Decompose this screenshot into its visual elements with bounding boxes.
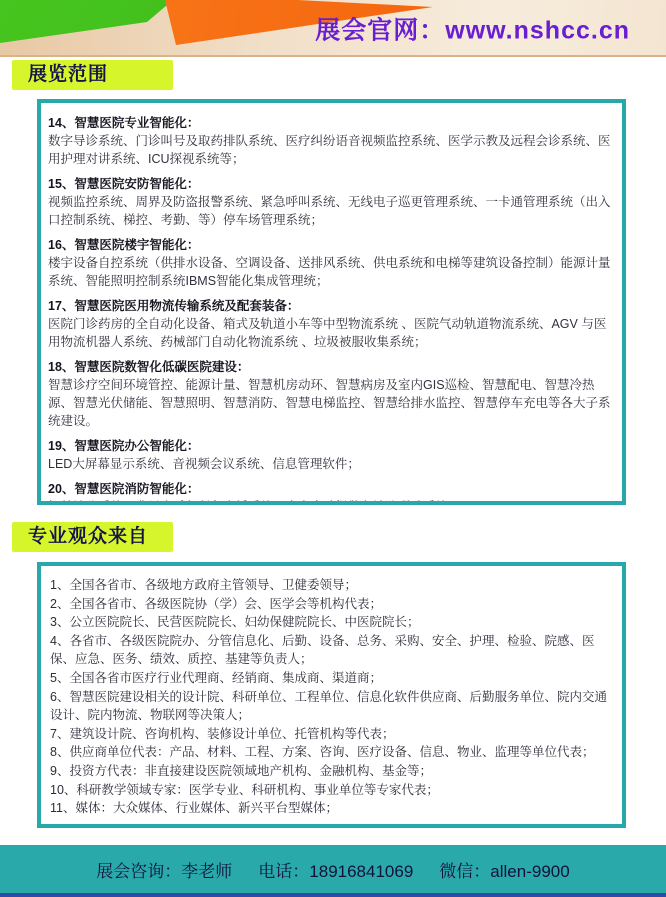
official-website-url: 展会官网：www.nshcc.cn: [315, 10, 630, 46]
footer-phone: 电话：18916841069: [258, 857, 413, 882]
scope-item-heading: 20、智慧医院消防智能化：: [48, 480, 616, 498]
scope-item-heading: 18、智慧医院数智化低碳医院建设：: [48, 358, 616, 376]
scope-item-body: 数字导诊系统、门诊叫号及取药排队系统、医疗纠纷语音视频监控系统、医学示教及远程会…: [48, 132, 616, 168]
audience-item: 3、公立医院院长、民营医院院长、妇幼保健院院长、中医院院长；: [50, 613, 616, 632]
audience-item: 7、建筑设计院、咨询机构、装修设计单位、托管机构等代表；: [50, 725, 616, 744]
scope-item: 15、智慧医院安防智能化： 视频监控系统、周界及防盗报警系统、紧急呼叫系统、无线…: [48, 175, 616, 229]
section-badge-exhibition-scope: 展览范围: [12, 60, 173, 90]
audience-panel: 1、全国各省市、各级地方政府主管领导、卫健委领导； 2、全国各省市、各级医院协（…: [37, 562, 626, 828]
exhibition-scope-panel: 14、智慧医院专业智能化： 数字导诊系统、门诊叫号及取药排队系统、医疗纠纷语音视…: [37, 99, 626, 505]
scope-item-heading: 16、智慧医院楼宇智能化：: [48, 236, 616, 254]
audience-item: 1、全国各省市、各级地方政府主管领导、卫健委领导；: [50, 576, 616, 595]
scope-item-body: 医院门诊药房的全自动化设备、箱式及轨道小车等中型物流系统 、医院气动轨道物流系统…: [48, 315, 616, 351]
audience-item: 5、全国各省市医疗行业代理商、经销商、集成商、渠道商；: [50, 669, 616, 688]
audience-item: 2、全国各省市、各级医院协（学）会、医学会等机构代表；: [50, 595, 616, 614]
audience-item: 6、智慧医院建设相关的设计院、科研单位、工程单位、信息化软件供应商、后勤服务单位…: [50, 688, 616, 725]
scope-item-body: 智慧消防系统、背景音乐与紧急广播系统、火灾自动报警和消防联动系统；: [48, 498, 616, 505]
footer-consultant: 展会咨询：李老师: [96, 857, 232, 882]
footer-contact-bar: 展会咨询：李老师 电话：18916841069 微信：allen-9900: [0, 845, 666, 893]
header-banner: 展会官网：www.nshcc.cn: [0, 0, 666, 57]
scope-item-body: 楼宇设备自控系统（供排水设备、空调设备、送排风系统、供电系统和电梯等建筑设备控制…: [48, 254, 616, 290]
audience-item: 9、投资方代表：非直接建设医院领域地产机构、金融机构、基金等；: [50, 762, 616, 781]
scope-item-body: 智慧诊疗空间环境管控、能源计量、智慧机房动环、智慧病房及室内GIS巡检、智慧配电…: [48, 376, 616, 430]
scope-item: 16、智慧医院楼宇智能化： 楼宇设备自控系统（供排水设备、空调设备、送排风系统、…: [48, 236, 616, 290]
bottom-divider: [0, 893, 666, 897]
scope-item: 18、智慧医院数智化低碳医院建设： 智慧诊疗空间环境管控、能源计量、智慧机房动环…: [48, 358, 616, 430]
scope-item-heading: 17、智慧医院医用物流传输系统及配套装备：: [48, 297, 616, 315]
scope-item: 17、智慧医院医用物流传输系统及配套装备： 医院门诊药房的全自动化设备、箱式及轨…: [48, 297, 616, 351]
scope-item-heading: 14、智慧医院专业智能化：: [48, 114, 616, 132]
scope-item-body: 视频监控系统、周界及防盗报警系统、紧急呼叫系统、无线电子巡更管理系统、一卡通管理…: [48, 193, 616, 229]
section-badge-audience: 专业观众来自: [12, 522, 173, 552]
footer-wechat: 微信：allen-9900: [439, 857, 569, 882]
scope-item-heading: 15、智慧医院安防智能化：: [48, 175, 616, 193]
audience-item: 10、科研教学领域专家：医学专业、科研机构、事业单位等专家代表；: [50, 781, 616, 800]
scope-item: 19、智慧医院办公智能化： LED大屏幕显示系统、音视频会议系统、信息管理软件；: [48, 437, 616, 473]
scope-item: 14、智慧医院专业智能化： 数字导诊系统、门诊叫号及取药排队系统、医疗纠纷语音视…: [48, 114, 616, 168]
scope-item-heading: 19、智慧医院办公智能化：: [48, 437, 616, 455]
audience-item: 11、媒体：大众媒体、行业媒体、新兴平台型媒体；: [50, 799, 616, 818]
scope-item-body: LED大屏幕显示系统、音视频会议系统、信息管理软件；: [48, 455, 616, 473]
audience-item: 4、各省市、各级医院院办、分管信息化、后勤、设备、总务、采购、安全、护理、检验、…: [50, 632, 616, 669]
scope-item: 20、智慧医院消防智能化： 智慧消防系统、背景音乐与紧急广播系统、火灾自动报警和…: [48, 480, 616, 505]
audience-item: 8、供应商单位代表：产品、材料、工程、方案、咨询、医疗设备、信息、物业、监理等单…: [50, 743, 616, 762]
